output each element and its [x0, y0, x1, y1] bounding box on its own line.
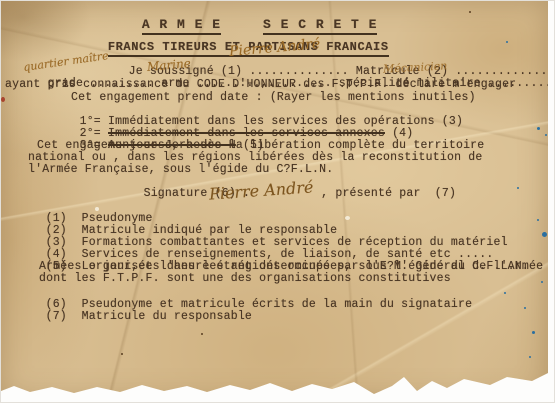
dark-speck: [121, 353, 123, 355]
form-line-code-honneur: ayant pris connaissance du CODE D'HONNEU…: [5, 79, 516, 91]
form-line-prend-date: Cet engagement prend date : (Rayer les m…: [71, 92, 476, 104]
blue-ink-stain: [542, 232, 547, 237]
dark-speck: [469, 11, 471, 13]
blue-ink-stain: [517, 187, 519, 189]
footnote-7-number: (7): [46, 311, 82, 323]
blue-ink-stain: [532, 331, 535, 334]
label-presente-par: , présenté par (7): [321, 187, 456, 200]
paper-hole: [95, 207, 99, 211]
blue-ink-stain: [506, 41, 508, 43]
footnote-7: (7)Matricule du responsable: [3, 299, 252, 335]
closing-line-3: l'Armée Française, sous l'égide du C?F.L…: [28, 164, 333, 176]
paper-hole: [345, 216, 350, 220]
blue-ink-stain: [541, 281, 543, 283]
blue-ink-stain: [529, 356, 531, 358]
blue-ink-stain: [524, 307, 526, 309]
red-stain: [1, 97, 5, 102]
footnote-7-text: Matricule du responsable: [82, 310, 252, 323]
blue-ink-stain: [537, 127, 540, 130]
blue-ink-stain: [504, 292, 506, 294]
dark-speck: [201, 333, 203, 335]
scanned-document-photo: A R M E ES E C R E T E FRANCS TIREURS ET…: [0, 0, 555, 403]
paper-sheet: A R M E ES E C R E T E FRANCS TIREURS ET…: [1, 1, 548, 399]
footnote-5-text-line3: dont les F.T.P.F. sont une des organisat…: [39, 273, 451, 285]
blue-ink-stain: [545, 134, 547, 136]
blue-ink-stain: [537, 219, 539, 221]
option-1-ref: (3): [435, 115, 463, 128]
